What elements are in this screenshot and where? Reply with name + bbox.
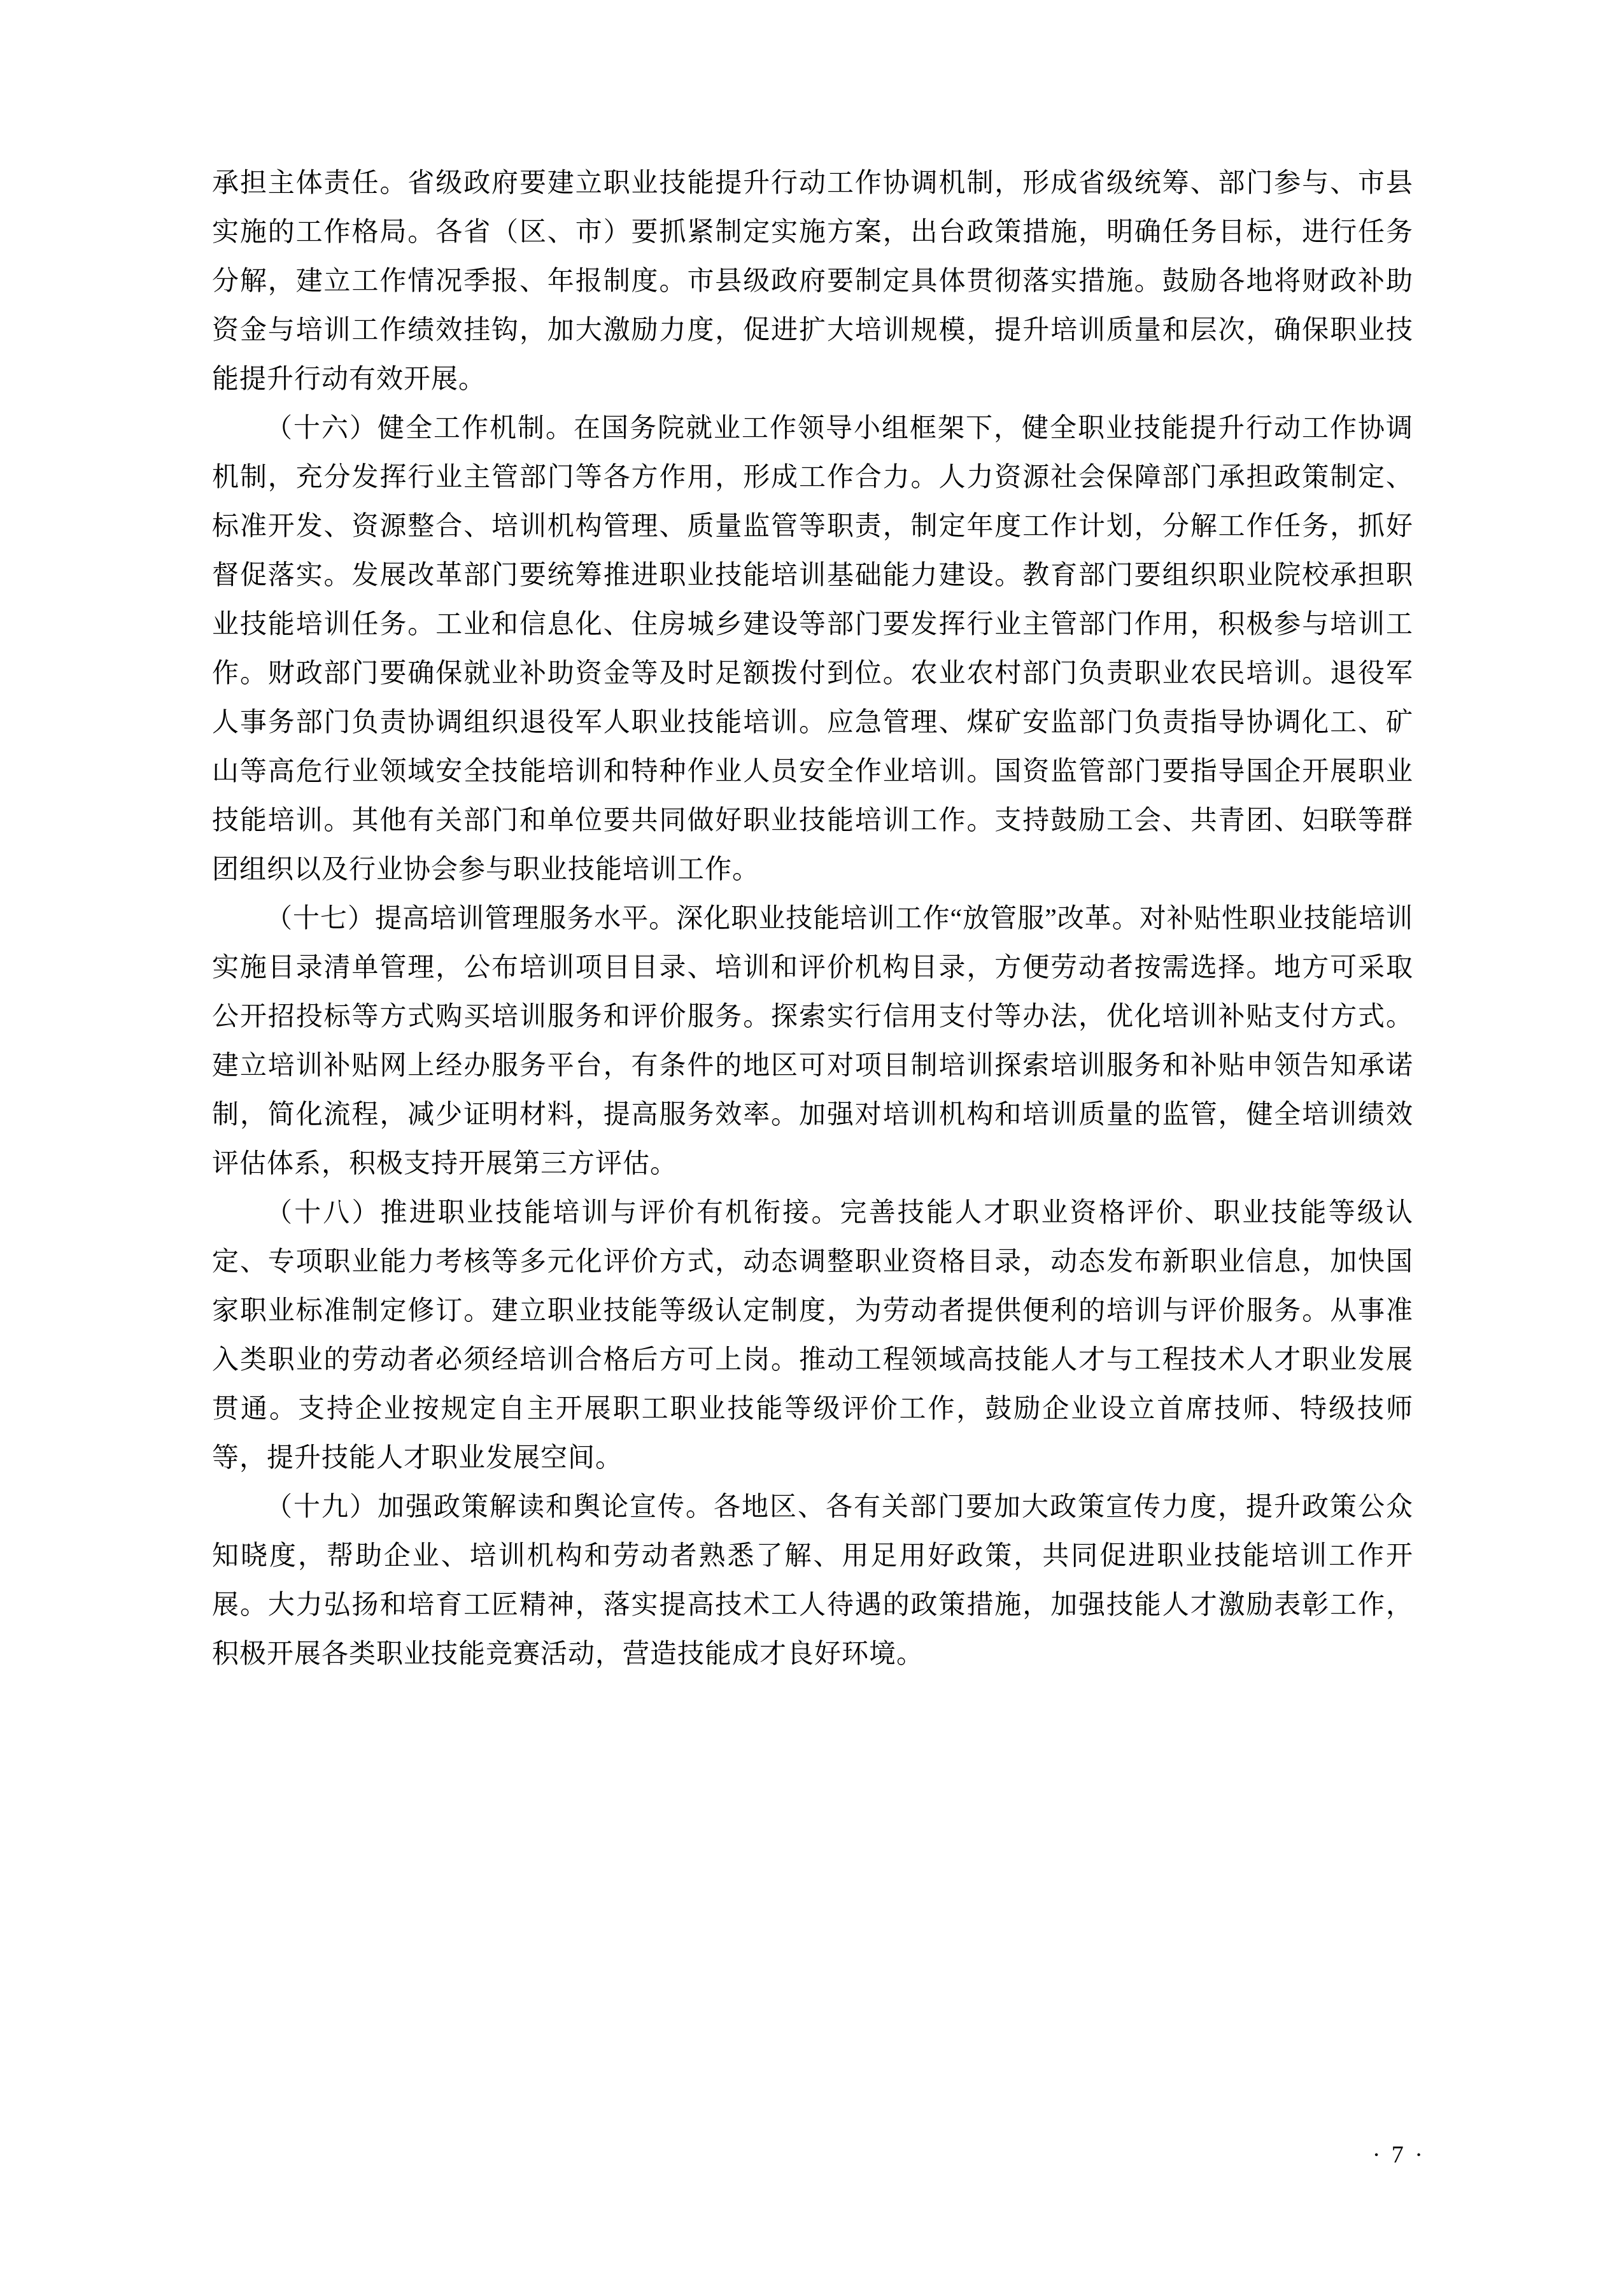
document-page: 承担主体责任。省级政府要建立职业技能提升行动工作协调机制，形成省级统筹、部门参与… bbox=[0, 0, 1624, 2279]
page-number: · 7 · bbox=[1373, 2141, 1425, 2169]
paragraph-section-17: （十七）提高培训管理服务水平。深化职业技能培训工作“放管服”改革。对补贴性职业技… bbox=[212, 895, 1413, 1189]
paragraph: 承担主体责任。省级政府要建立职业技能提升行动工作协调机制，形成省级统筹、部门参与… bbox=[212, 159, 1413, 404]
paragraph-section-16: （十六）健全工作机制。在国务院就业工作领导小组框架下，健全职业技能提升行动工作协… bbox=[212, 404, 1413, 895]
paragraph-section-19: （十九）加强政策解读和舆论宣传。各地区、各有关部门要加大政策宣传力度，提升政策公… bbox=[212, 1483, 1413, 1679]
document-body: 承担主体责任。省级政府要建立职业技能提升行动工作协调机制，形成省级统筹、部门参与… bbox=[212, 159, 1413, 1679]
paragraph-section-18: （十八）推进职业技能培训与评价有机衔接。完善技能人才职业资格评价、职业技能等级认… bbox=[212, 1189, 1413, 1483]
